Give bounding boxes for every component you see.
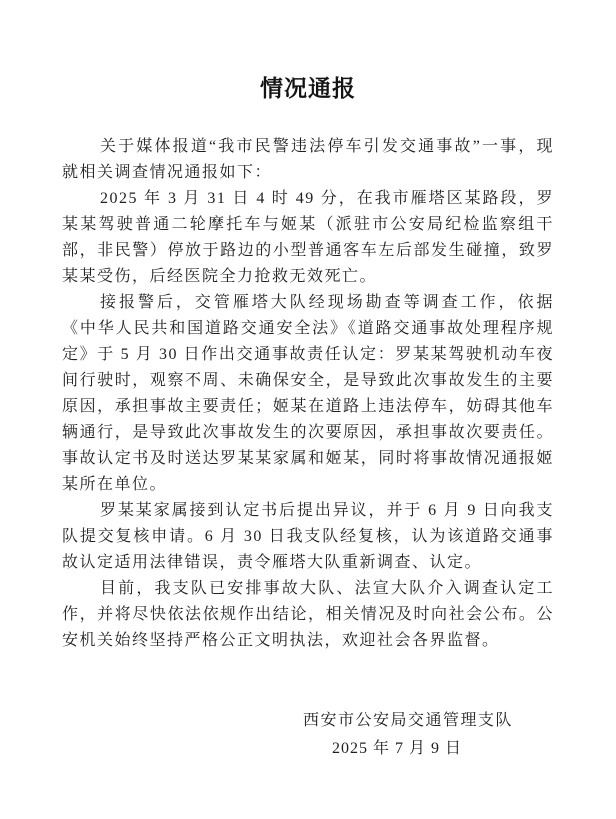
paragraph-review-application: 罗某某家属接到认定书后提出异议，并于 6 月 9 日向我支队提交复核申请。6 月…: [62, 498, 554, 576]
paragraph-intro: 关于媒体报道“我市民警违法停车引发交通事故”一事，现就相关调查情况通报如下：: [62, 134, 554, 186]
issuer-signature: 西安市公安局交通管理支队: [62, 708, 554, 734]
issue-date: 2025 年 7 月 9 日: [62, 736, 554, 762]
paragraph-responsibility-determination: 接报警后，交管雁塔大队经现场勘查等调查工作，依据《中华人民共和国道路交通安全法》…: [62, 290, 554, 498]
paragraph-current-status: 目前，我支队已安排事故大队、法宣大队介入调查认定工作，并将尽快依法依规作出结论，…: [62, 576, 554, 654]
notice-document: 情况通报 关于媒体报道“我市民警违法停车引发交通事故”一事，现就相关调查情况通报…: [0, 0, 616, 819]
paragraph-accident-details: 2025 年 3 月 31 日 4 时 49 分，在我市雁塔区某路段，罗某某驾驶…: [62, 186, 554, 290]
page-title: 情况通报: [62, 76, 554, 102]
